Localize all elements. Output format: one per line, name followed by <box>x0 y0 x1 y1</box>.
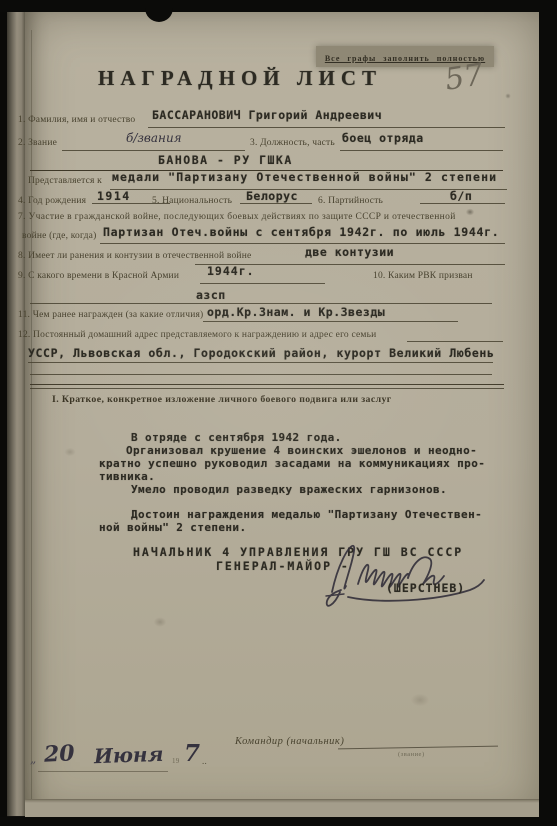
field-rule <box>420 203 505 204</box>
field-8-label: 8. Имеет ли ранения и контузии в отечест… <box>18 251 251 261</box>
field-2-label: 2. Звание <box>18 138 57 148</box>
field-6-value: б/п <box>450 189 472 203</box>
date-open-mark: „ <box>30 752 36 766</box>
field-rule <box>148 127 505 128</box>
date-close-mark: .. <box>202 756 207 766</box>
document-title: НАГРАДНОЙ ЛИСТ <box>98 66 382 91</box>
field-9-label: 9. С какого времени в Красной Армии <box>18 271 179 281</box>
field-6-label: 6. Партийность <box>318 196 383 206</box>
citation-line: кратно успешно руководил засадами на ком… <box>99 457 485 470</box>
presented-for-label: Представляется к <box>28 176 102 186</box>
citation-line: Достоин награждения медалью "Партизану О… <box>131 508 482 521</box>
field-5-value: Белорус <box>246 189 298 203</box>
citation-line: тивника. <box>99 470 155 483</box>
citation-line: Умело проводил разведку вражеских гарниз… <box>131 483 447 496</box>
field-rule <box>340 150 503 151</box>
field-rule <box>407 341 503 342</box>
scan-bottom-edge <box>0 817 557 826</box>
field-rule <box>30 303 492 304</box>
field-7-label-line2: войне (где, когда) <box>22 231 96 241</box>
presented-for-value: медали "Партизану Отечественной войны" 2… <box>112 170 497 184</box>
field-rule <box>240 203 312 204</box>
field-3-label: 3. Должность, часть <box>250 138 335 148</box>
rank-hint: (звание) <box>398 751 425 758</box>
field-10-label: 10. Каким РВК призван <box>373 271 473 281</box>
field-rule <box>200 283 325 284</box>
field-9-value: 1944г. <box>207 264 255 278</box>
field-4-label: 4. Год рождения <box>18 196 86 206</box>
field-8-value: две контузии <box>305 245 394 259</box>
field-12-value: УССР, Львовская обл., Городокский район,… <box>28 346 494 360</box>
field-3-value-continued: БАНОВА - РУ ГШКА <box>158 153 293 167</box>
signer-name: (ШЕРСТНЕВ) <box>386 581 465 595</box>
field-3-value: боец отряда <box>342 131 424 145</box>
date-year-printed: 19 <box>172 757 179 765</box>
book-page-edges <box>7 10 25 816</box>
field-rule <box>28 362 493 363</box>
paper-sheet <box>25 12 539 817</box>
scan-right-edge <box>539 0 557 826</box>
field-11-value: орд.Кр.Знам. и Кр.Звезды <box>207 305 385 319</box>
scan-left-edge <box>0 0 7 826</box>
date-month-handwritten: Июня <box>94 742 164 768</box>
paper-bottom-fold <box>25 799 539 818</box>
page-number-pencil: 57 <box>442 57 485 98</box>
field-7-value: Партизан Отеч.войны с сентября 1942г. по… <box>103 225 499 239</box>
field-rule <box>100 243 505 244</box>
field-10-value: азсп <box>196 288 226 302</box>
field-1-label: 1. Фамилия, имя и отчество <box>18 115 135 125</box>
field-7-label-line1: 7. Участие в гражданской войне, последую… <box>18 212 456 222</box>
field-5-label: 5. Национальность <box>152 196 232 206</box>
field-2-value-handwritten: б/звания <box>126 131 182 145</box>
date-rule <box>38 771 168 772</box>
citation-heading: I. Краткое, конкретное изложение личного… <box>52 394 392 405</box>
field-rule <box>110 189 507 190</box>
double-rule <box>30 384 504 389</box>
citation-line: Организовал крушение 4 воинских эшелонов… <box>126 444 477 457</box>
scanned-document: Все графы заполнить полностью НАГРАДНОЙ … <box>0 0 557 826</box>
date-year-handwritten: 7 <box>184 740 200 767</box>
field-11-label: 11. Чем ранее награжден (за какие отличи… <box>18 310 203 320</box>
citation-line: В отряде с сентября 1942 года. <box>131 431 342 444</box>
field-rule <box>203 321 458 322</box>
field-12-label: 12. Постоянный домашний адрес представля… <box>18 330 376 340</box>
field-rule <box>62 150 245 151</box>
citation-line: ной войны" 2 степени. <box>99 521 246 534</box>
handwritten-signature <box>318 534 503 614</box>
field-1-value: БАССАРАНОВИЧ Григорий Андреевич <box>152 108 382 122</box>
date-day-handwritten: 20 <box>43 740 75 768</box>
field-4-value: 1914 <box>97 189 131 203</box>
field-rule <box>30 374 492 375</box>
commander-label: Командир (начальник) <box>235 736 344 747</box>
scan-top-edge <box>0 0 557 12</box>
